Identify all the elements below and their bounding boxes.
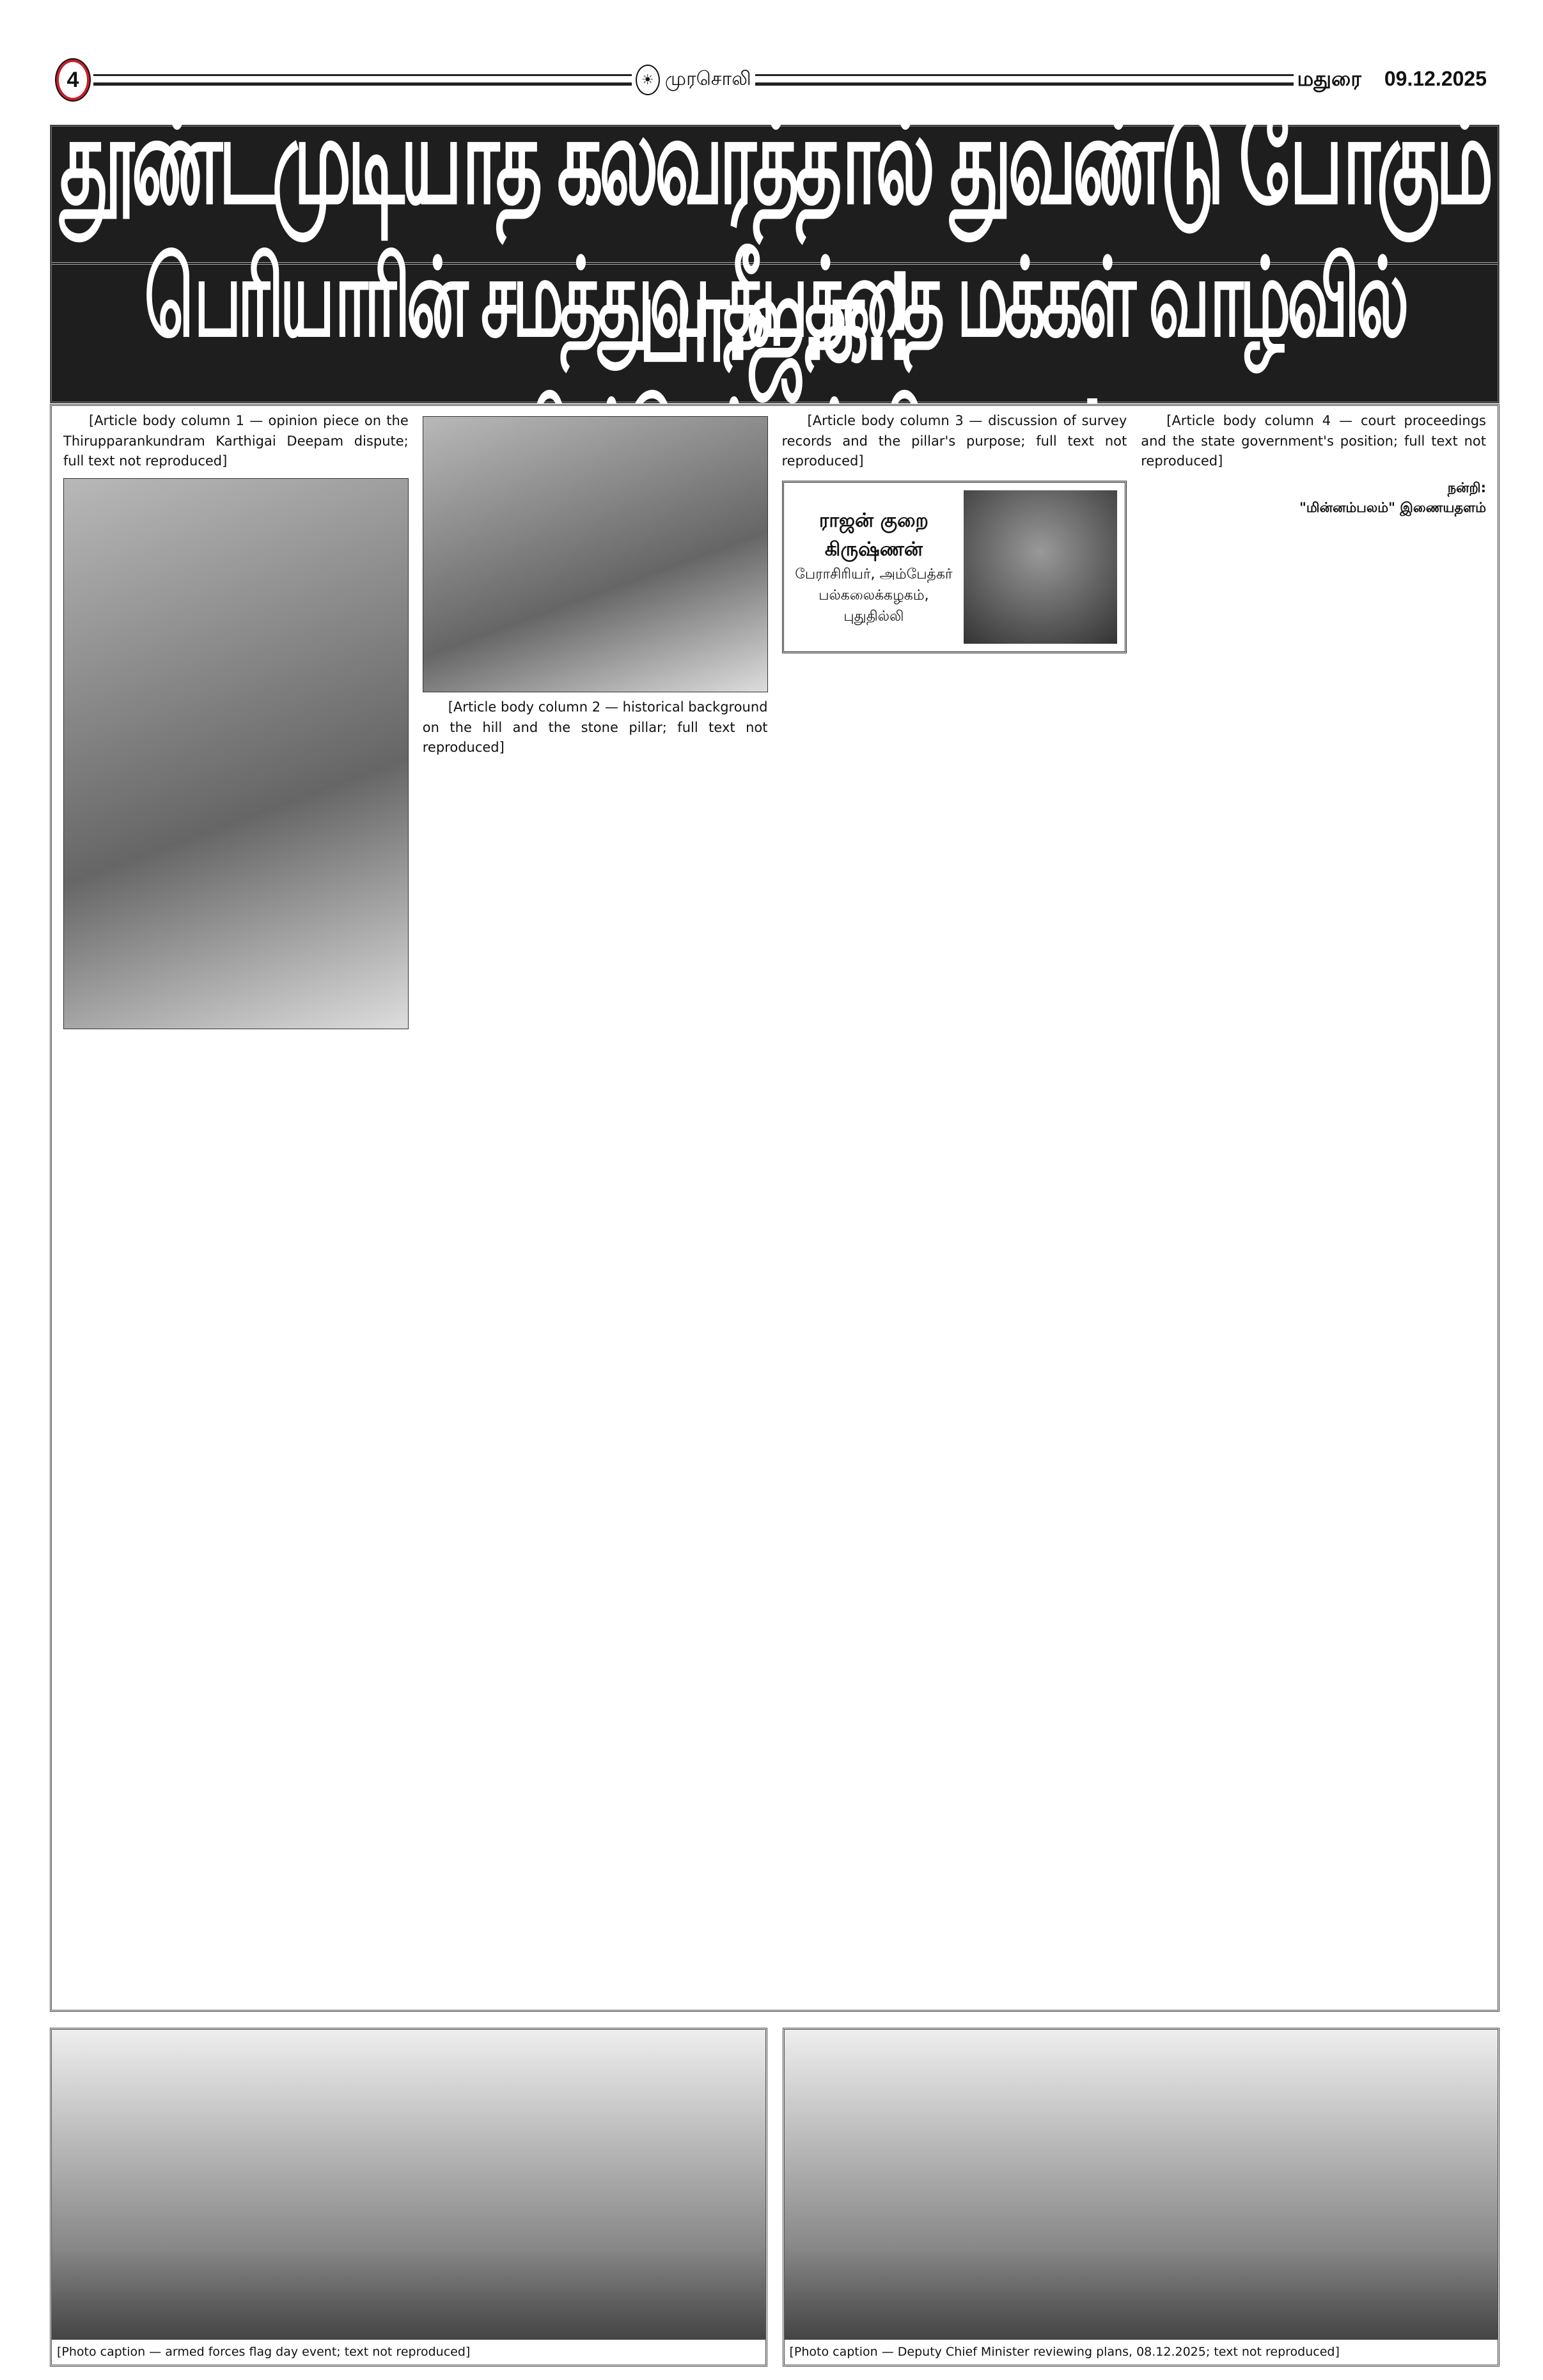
photo-caption: [Photo caption — Deputy Chief Minister r… — [785, 2340, 1498, 2365]
article-paragraph: [Article body column 1 — opinion piece o… — [63, 411, 409, 472]
author-name: ராஜன் குறை கிருஷ்ணன் — [792, 506, 957, 564]
credit-label: நன்றி: — [1141, 478, 1486, 499]
event-photo — [785, 2030, 1498, 2340]
temple-photo-collage — [423, 416, 768, 692]
article-body: [Article body column 1 — opinion piece o… — [50, 404, 1500, 2012]
paper-name: முரசொலி — [665, 68, 751, 93]
bottom-photo-row: [Photo caption — armed forces flag day e… — [50, 2028, 1500, 2367]
photo-story-right: [Photo caption — Deputy Chief Minister r… — [783, 2028, 1500, 2367]
headline-banner: தூண்டமுடியாத கலவரத்தால் துவண்டு போகும் ப… — [50, 125, 1500, 403]
photo-story-left: [Photo caption — armed forces flag day e… — [50, 2028, 767, 2367]
article-column-2: [Article body column 2 — historical back… — [423, 411, 768, 2005]
event-photo — [52, 2030, 765, 2340]
masthead-rule-left — [93, 74, 632, 86]
article-column-3: [Article body column 3 — discussion of s… — [782, 411, 1127, 2005]
masthead-rule-right — [755, 74, 1294, 86]
article-paragraph: [Article body column 2 — historical back… — [423, 697, 768, 758]
author-photo — [964, 490, 1117, 644]
author-info: ராஜன் குறை கிருஷ்ணன் பேராசிரியர், அம்பேத… — [792, 506, 957, 627]
author-designation: பேராசிரியர், அம்பேத்கர் பல்கலைக்கழகம், ப… — [792, 564, 957, 627]
article-paragraph: [Article body column 4 — court proceedin… — [1141, 411, 1486, 472]
photo-caption: [Photo caption — armed forces flag day e… — [52, 2340, 765, 2365]
article-paragraph: [Article body column 3 — discussion of s… — [782, 411, 1127, 472]
credit-source: "மின்னம்பலம்" இணையதளம் — [1141, 498, 1486, 518]
edition-city: மதுரை — [1297, 67, 1361, 93]
article-column-4: [Article body column 4 — court proceedin… — [1141, 411, 1486, 2005]
article-credit: நன்றி: "மின்னம்பலம்" இணையதளம் — [1141, 478, 1486, 518]
edition-info: மதுரை 09.12.2025 — [1297, 67, 1487, 93]
edition-date: 09.12.2025 — [1384, 67, 1487, 93]
hilltop-pillar-photo — [63, 478, 409, 1029]
author-box: ராஜன் குறை கிருஷ்ணன் பேராசிரியர், அம்பேத… — [782, 481, 1127, 653]
article-column-1: [Article body column 1 — opinion piece o… — [63, 411, 409, 2005]
